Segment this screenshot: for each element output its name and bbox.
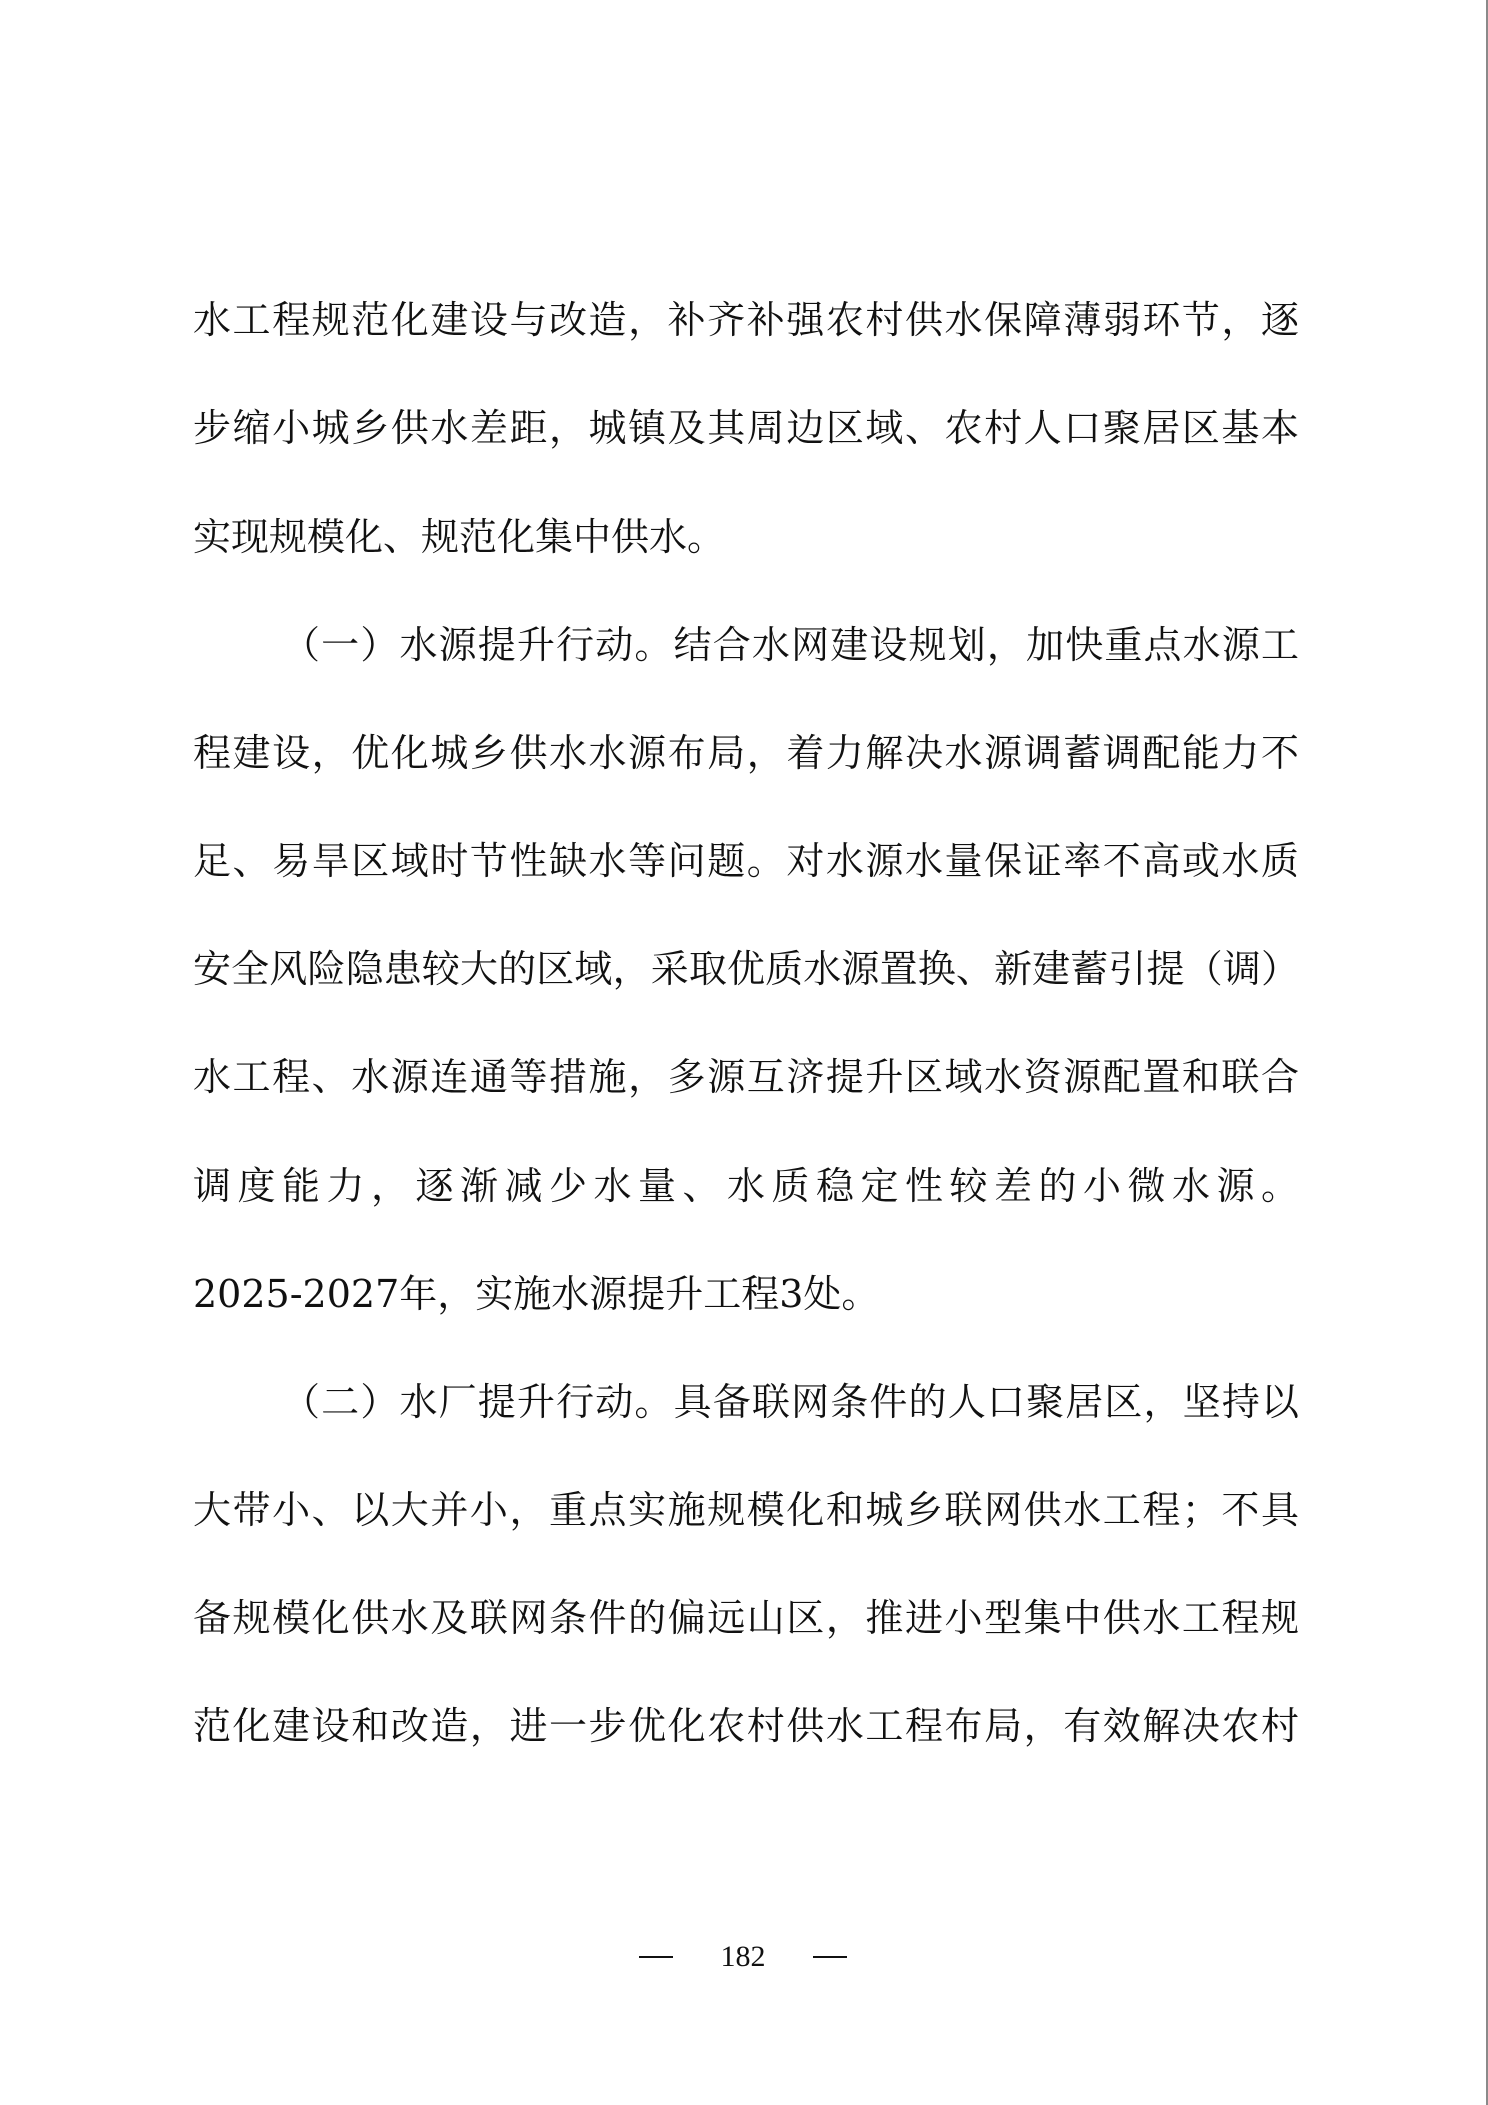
- page-footer: 182: [0, 1938, 1486, 1974]
- text-line: 备规模化供水及联网条件的偏远山区，推进小型集中供水工程规: [193, 1595, 1299, 1641]
- text-line: 2025-2027年，实施水源提升工程3处。: [193, 1271, 1299, 1317]
- dash-left: [639, 1956, 673, 1958]
- text-line: 水工程规范化建设与改造，补齐补强农村供水保障薄弱环节，逐: [193, 297, 1299, 343]
- page-number: 182: [721, 1940, 766, 1974]
- document-page: 水工程规范化建设与改造，补齐补强农村供水保障薄弱环节，逐 步缩小城乡供水差距，城…: [0, 0, 1488, 2105]
- text-line: 实现规模化、规范化集中供水。: [193, 514, 1299, 560]
- text-line: 程建设，优化城乡供水水源布局，着力解决水源调蓄调配能力不: [193, 730, 1299, 776]
- text-line: 足、易旱区域时节性缺水等问题。对水源水量保证率不高或水质: [193, 838, 1299, 884]
- text-line: 大带小、以大并小，重点实施规模化和城乡联网供水工程；不具: [193, 1487, 1299, 1533]
- text-line: 水工程、水源连通等措施，多源互济提升区域水资源配置和联合: [193, 1054, 1299, 1100]
- section-1-heading-line: （一）水源提升行动。结合水网建设规划，加快重点水源工: [282, 622, 1299, 668]
- section-2-heading-line: （二）水厂提升行动。具备联网条件的人口聚居区，坚持以: [282, 1379, 1299, 1425]
- text-line: 调度能力，逐渐减少水量、水质稳定性较差的小微水源。: [193, 1163, 1299, 1209]
- text-line: 范化建设和改造，进一步优化农村供水工程布局，有效解决农村: [193, 1703, 1299, 1749]
- text-line: 步缩小城乡供水差距，城镇及其周边区域、农村人口聚居区基本: [193, 405, 1299, 451]
- dash-right: [813, 1956, 847, 1958]
- text-line: 安全风险隐患较大的区域，采取优质水源置换、新建蓄引提（调）: [193, 946, 1299, 992]
